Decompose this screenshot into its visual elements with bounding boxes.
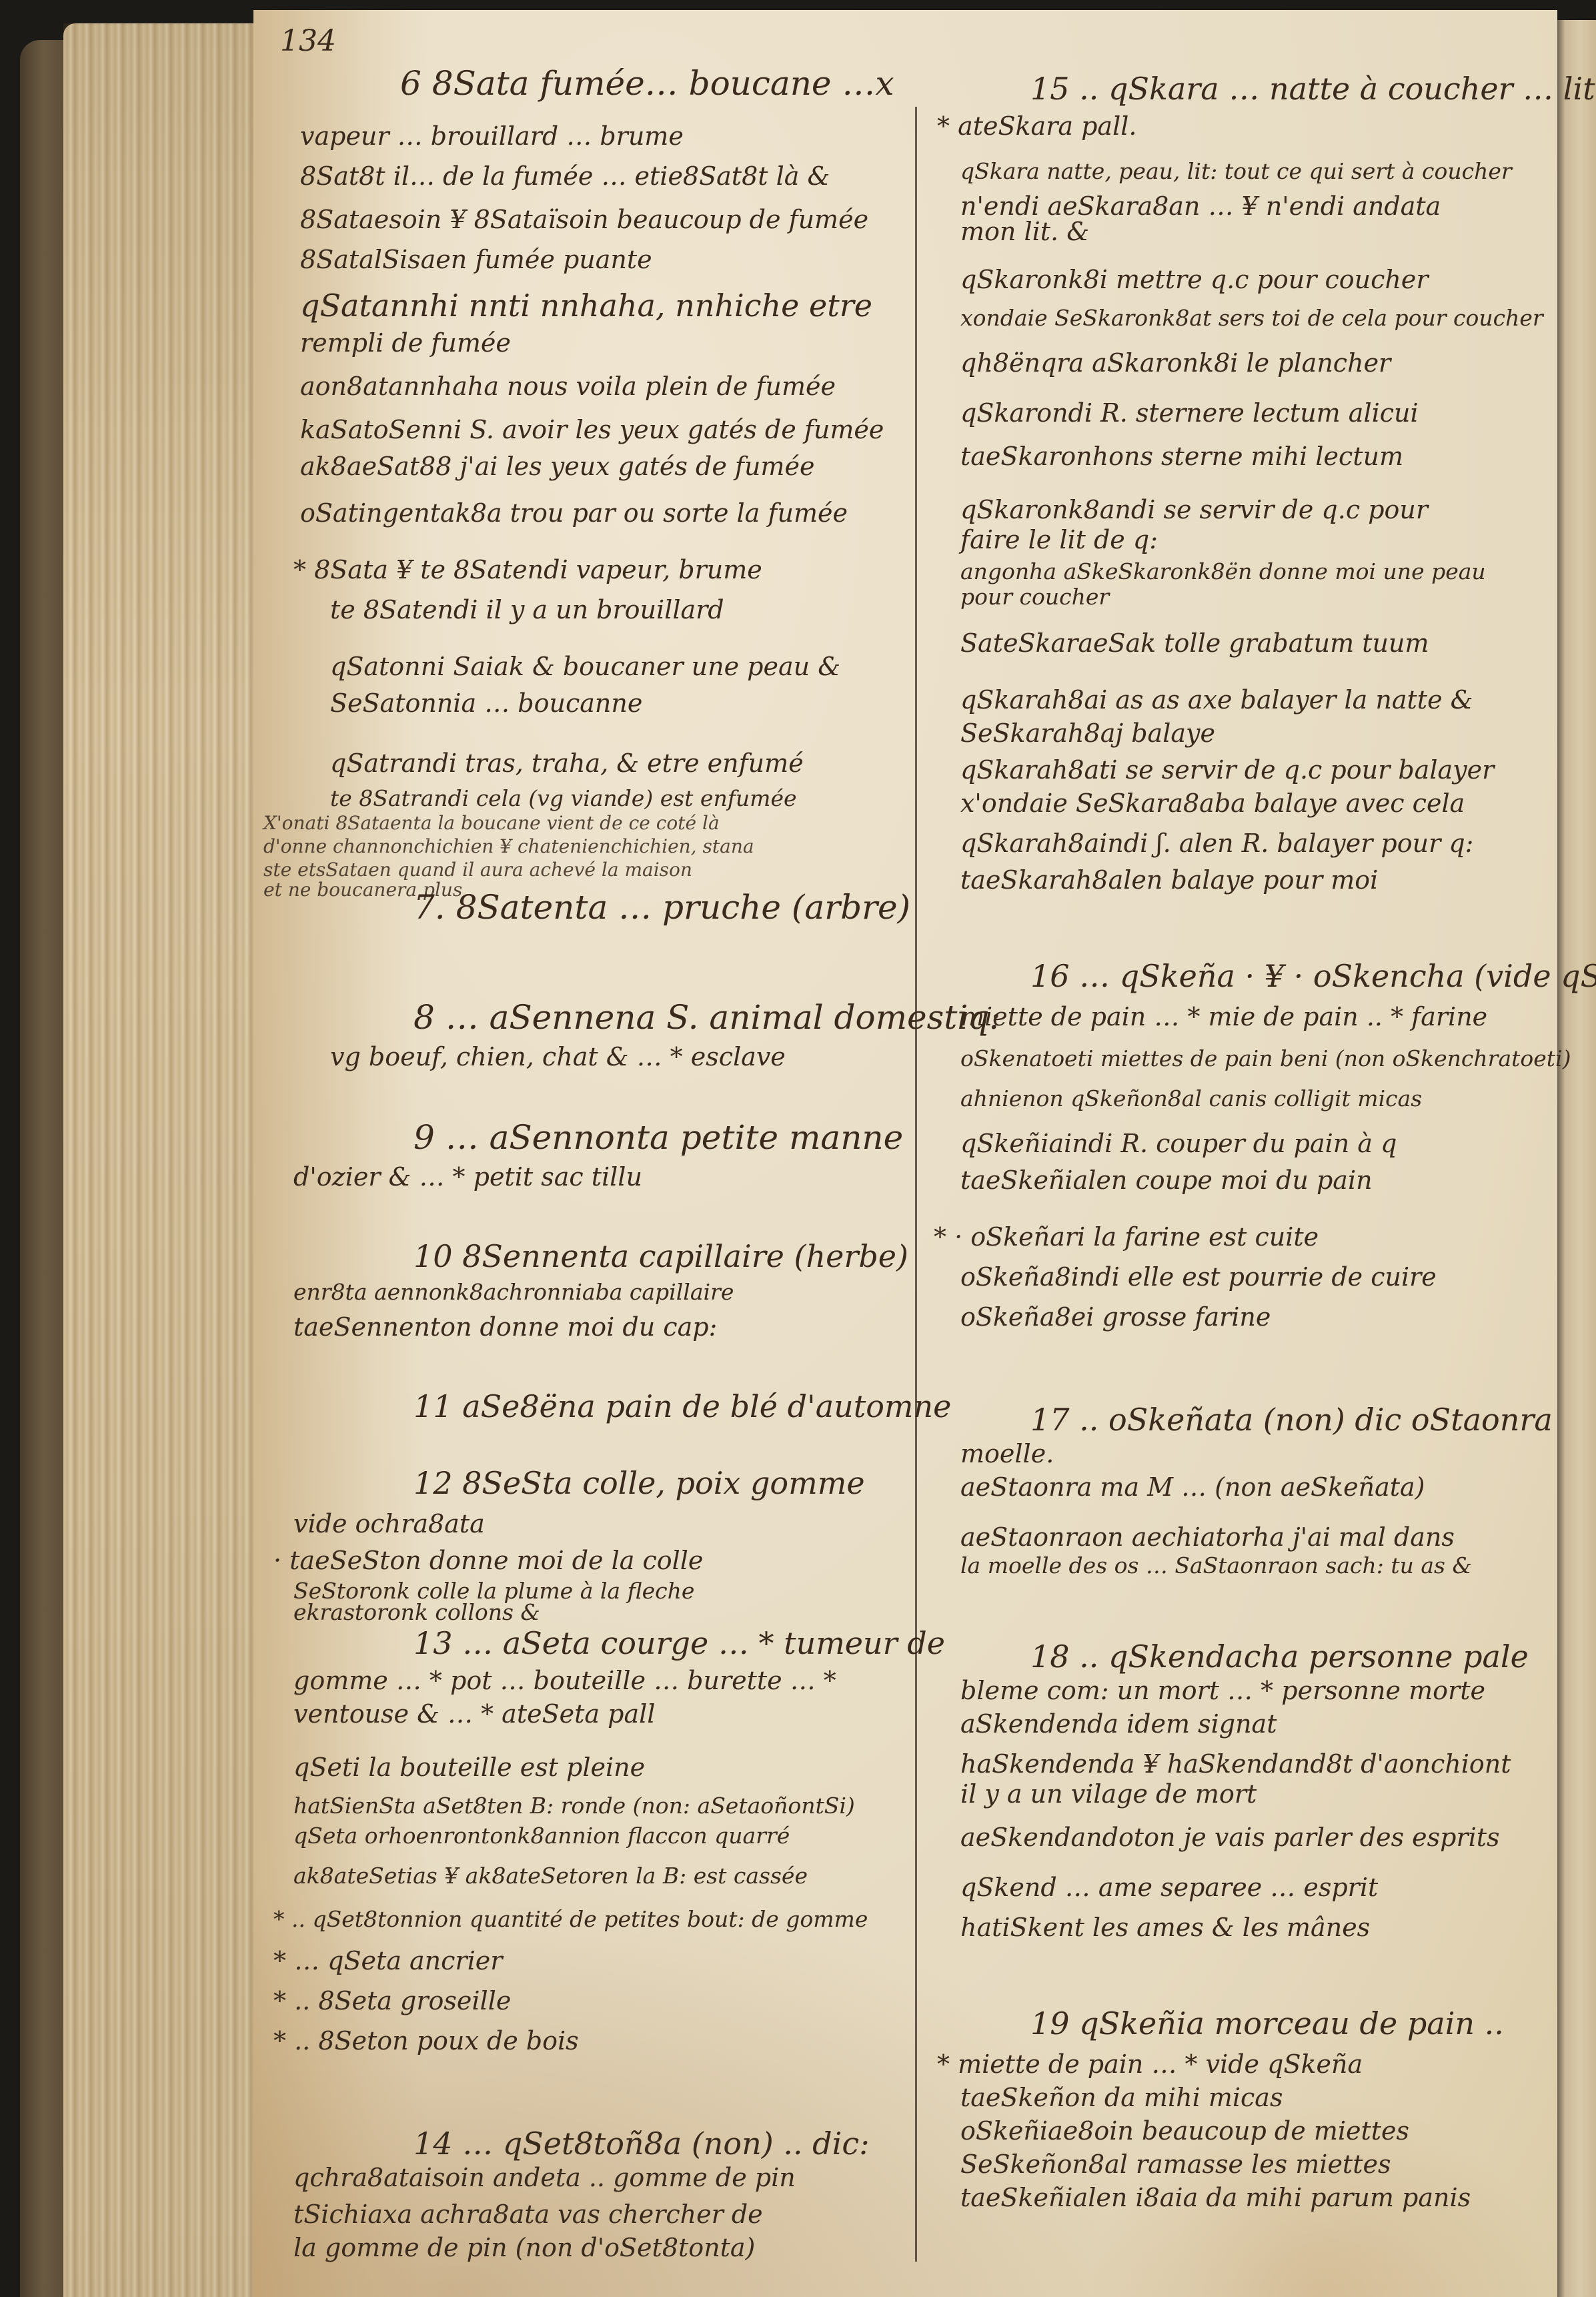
manuscript-line: la gomme de pin (non d'oSet8tonta): [293, 2235, 755, 2260]
manuscript-line: 8Sataesoin ¥ 8Sataïsoin beaucoup de fumé…: [300, 207, 868, 232]
manuscript-line: aon8atannhaha nous voila plein de fumée: [300, 374, 836, 399]
manuscript-line: 10 8Sennenta capillaire (herbe): [414, 1241, 908, 1272]
manuscript-line: pour coucher: [960, 586, 1109, 608]
manuscript-line: qSeti la bouteille est pleine: [293, 1755, 645, 1780]
manuscript-line: 13 … aSeta courge … * tumeur de: [414, 1628, 945, 1659]
manuscript-line: qSkarah8ati se servir de q.c pour balaye…: [960, 757, 1494, 783]
manuscript-line: 8Sat8t il… de la fumée … etie8Sat8t là &: [300, 163, 830, 189]
manuscript-line: 19 qSkeñia morceau de pain ..: [1030, 2008, 1504, 2039]
manuscript-line: qSkaronk8i mettre q.c pour coucher: [960, 267, 1429, 292]
manuscript-line: 18 .. qSkendacha personne pale: [1030, 1641, 1529, 1672]
manuscript-line: hatiSkent les ames & les mânes: [960, 1915, 1370, 1940]
manuscript-line: qSkend … ame separee … esprit: [960, 1875, 1378, 1900]
column-divider: [915, 107, 917, 2262]
manuscript-line: aSkendenda idem signat: [960, 1711, 1277, 1737]
manuscript-line: qSkara natte, peau, lit: tout ce qui ser…: [960, 160, 1512, 182]
manuscript-line: oSkeña8ei grosse farine: [960, 1304, 1271, 1330]
manuscript-line: qSkeñiaindi R. couper du pain à q: [960, 1131, 1397, 1156]
manuscript-line: kaSatoSenni S. avoir les yeux gatés de f…: [300, 417, 884, 442]
manuscript-line: 11 aSe8ëna pain de blé d'automne: [414, 1391, 951, 1422]
facing-page-edge: [1557, 20, 1596, 2297]
manuscript-line: 7. 8Satenta … pruche (arbre): [414, 891, 910, 924]
page-edges-stack: [63, 23, 257, 2297]
manuscript-line: il y a un vilage de mort: [960, 1781, 1257, 1807]
manuscript-line: 16 … qSkeña · ¥ · oSkencha (vide qSkeña): [1030, 961, 1596, 991]
manuscript-line: taeSennenton donne moi du cap:: [293, 1314, 717, 1340]
manuscript-line: taeSkeñon da mihi micas: [960, 2085, 1283, 2110]
manuscript-line: 17 .. oSkeñata (non) dic oStaonra: [1030, 1404, 1553, 1435]
manuscript-line: ventouse & … * ateSeta pall: [293, 1701, 655, 1727]
manuscript-line: oSatingentak8a trou par ou sorte la fumé…: [300, 500, 848, 526]
manuscript-line: ak8aeSat88 j'ai les yeux gatés de fumée: [300, 454, 814, 479]
manuscript-line: qSkaronk8andi se servir de q.c pour: [960, 497, 1428, 522]
manuscript-line: qSkarondi R. sternere lectum alicui: [960, 400, 1419, 426]
manuscript-line: tSichiaxa achra8ata vas chercher de: [293, 2202, 763, 2227]
manuscript-line: vapeur … brouillard … brume: [300, 123, 684, 149]
manuscript-line: bleme com: un mort … * personne morte: [960, 1678, 1485, 1703]
manuscript-line: * · oSkeñari la farine est cuite: [934, 1224, 1319, 1250]
manuscript-line: * ateSkara pall.: [937, 113, 1136, 139]
manuscript-line: qSeta orhoenrontonk8annion flaccon quarr…: [293, 1825, 790, 1847]
manuscript-line: d'onne channonchichien ¥ chatenienchichi…: [263, 837, 754, 856]
manuscript-line: ahnienon qSkeñon8al canis colligit micas: [960, 1087, 1422, 1109]
manuscript-line: * .. qSet8tonnion quantité de petites bo…: [273, 1908, 868, 1930]
manuscript-line: aeSkendandoton je vais parler des esprit…: [960, 1825, 1500, 1850]
manuscript-line: aeStaonraon aechiatorha j'ai mal dans: [960, 1524, 1455, 1550]
manuscript-line: te 8Satendi il y a un brouillard: [330, 597, 724, 622]
manuscript-line: taeSkaronhons sterne mihi lectum: [960, 444, 1403, 469]
manuscript-line: taeSkeñialen i8aia da mihi parum panis: [960, 2185, 1471, 2210]
manuscript-line: * 8Sata ¥ te 8Satendi vapeur, brume: [293, 557, 762, 582]
manuscript-line: hatSienSta aSet8ten B: ronde (non: aSeta…: [293, 1795, 855, 1817]
manuscript-line: * .. 8Seton poux de bois: [273, 2028, 579, 2053]
manuscript-line: aeStaonra ma M … (non aeSkeñata): [960, 1474, 1425, 1500]
manuscript-line: mon lit. &: [960, 219, 1089, 244]
manuscript-line: angonha aSkeSkaronk8ën donne moi une pea…: [960, 560, 1486, 582]
manuscript-line: enr8ta aennonk8achronniaba capillaire: [293, 1281, 734, 1303]
manuscript-line: oSkeñiae8oin beaucoup de miettes: [960, 2118, 1409, 2144]
manuscript-line: gomme … * pot … bouteille … burette … *: [293, 1668, 836, 1693]
manuscript-line: SeSkarah8aj balaye: [960, 721, 1215, 746]
manuscript-line: qSatannhi nnti nnhaha, nnhiche etre: [300, 290, 872, 321]
manuscript-line: moelle.: [960, 1441, 1054, 1466]
manuscript-line: ste etsSataen quand il aura achevé la ma…: [263, 861, 692, 879]
manuscript-line: · taeSeSton donne moi de la colle: [273, 1548, 703, 1573]
manuscript-line: qSkarah8aindi ʃ. alen R. balayer pour q:: [960, 831, 1473, 856]
manuscript-line: * miette de pain … * vide qSkeña: [937, 2051, 1363, 2077]
manuscript-line: d'ozier & … * petit sac tillu: [293, 1164, 642, 1190]
manuscript-line: qchra8ataisoin andeta .. gomme de pin: [293, 2165, 796, 2190]
manuscript-line: SateSkaraeSak tolle grabatum tuum: [960, 630, 1429, 656]
manuscript-line: oSkenatoeti miettes de pain beni (non oS…: [960, 1047, 1571, 1069]
manuscript-line: vide ochra8ata: [293, 1511, 485, 1536]
manuscript-line: n'endi aeSkara8an … ¥ n'endi andata: [960, 193, 1441, 219]
manuscript-line: miette de pain … * mie de pain .. * fari…: [960, 1004, 1487, 1029]
manuscript-line: qSatonni Saiak & boucaner une peau &: [330, 654, 840, 679]
manuscript-line: xondaie SeSkaronk8at sers toi de cela po…: [960, 307, 1543, 329]
manuscript-line: X'onati 8Sataenta la boucane vient de ce…: [263, 814, 720, 833]
manuscript-line: * … qSeta ancrier: [273, 1948, 502, 1973]
manuscript-line: qSatrandi tras, traha, & etre enfumé: [330, 751, 804, 776]
manuscript-line: 12 8SeSta colle, poix gomme: [414, 1468, 865, 1498]
manuscript-line: SeSatonnia … boucanne: [330, 691, 642, 716]
manuscript-line: qSkarah8ai as as axe balayer la natte &: [960, 687, 1473, 713]
page-number: 134: [280, 27, 336, 56]
manuscript-line: taeSkeñialen coupe moi du pain: [960, 1168, 1373, 1193]
manuscript-line: taeSkarah8alen balaye pour moi: [960, 867, 1378, 893]
manuscript-line: ak8ateSetias ¥ ak8ateSetoren la B: est c…: [293, 1865, 808, 1887]
manuscript-line: te 8Satrandi cela (vg viande) est enfumé…: [330, 787, 797, 809]
manuscript-line: faire le lit de q:: [960, 527, 1158, 552]
manuscript-line: SeSkeñon8al ramasse les miettes: [960, 2152, 1391, 2177]
manuscript-line: 14 … qSet8toñ8a (non) .. dic:: [414, 2128, 870, 2159]
manuscript-line: rempli de fumée: [300, 330, 511, 356]
manuscript-line: la moelle des os … SaStaonraon sach: tu …: [960, 1554, 1472, 1576]
book-binding: [20, 40, 67, 2297]
manuscript-line: ekrastoronk collons &: [293, 1601, 540, 1623]
manuscript-line: 9 … aSennonta petite manne: [414, 1121, 903, 1154]
manuscript-line: 8 … aSennena S. animal domestiq:: [414, 1001, 1000, 1034]
manuscript-line: 6 8Sata fumée… boucane …x: [400, 67, 894, 100]
manuscript-line: 15 .. qSkara … natte à coucher … lit &: [1030, 73, 1596, 104]
manuscript-line: 8SatalSisaen fumée puante: [300, 247, 652, 272]
manuscript-line: oSkeña8indi elle est pourrie de cuire: [960, 1264, 1437, 1290]
manuscript-line: x'ondaie SeSkara8aba balaye avec cela: [960, 791, 1465, 816]
manuscript-line: haSkendenda ¥ haSkendand8t d'aonchiont: [960, 1751, 1511, 1777]
manuscript-line: vg boeuf, chien, chat & … * esclave: [330, 1044, 786, 1069]
manuscript-line: qh8ënqra aSkaronk8i le plancher: [960, 350, 1391, 376]
manuscript-line: * .. 8Seta groseille: [273, 1988, 511, 2013]
